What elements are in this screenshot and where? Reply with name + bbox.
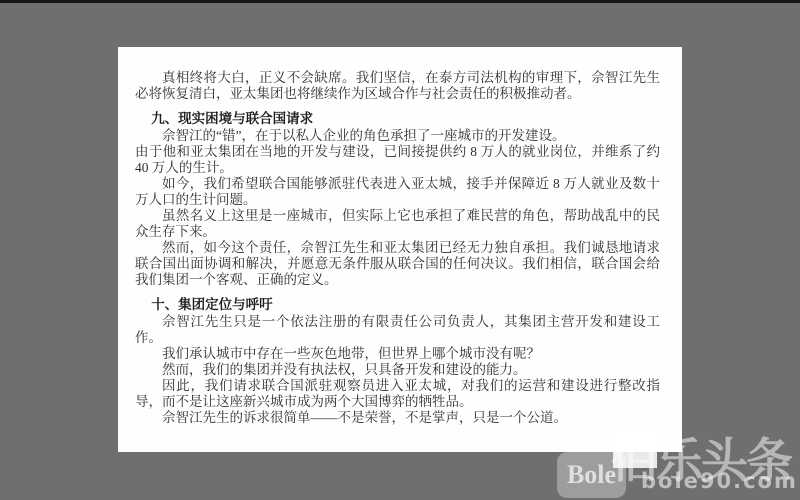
paragraph: 佘智江先生只是一个依法注册的有限责任公司负责人，其集团主营开发和建设工作。: [135, 314, 660, 346]
intro-paragraph: 真相终将大白，正义不会缺席。我们坚信，在泰方司法机构的审理下，佘智江先生必将恢复…: [135, 70, 660, 102]
section-9-heading: 九、现实困境与联合国请求: [151, 111, 660, 127]
section-10-heading: 十、集团定位与呼吁: [151, 297, 660, 313]
watermark-site-url: bole90.com: [641, 469, 798, 493]
paragraph: 因此，我们请求联合国派驻观察员进入亚太城，对我们的运营和建设进行整改指导，而不是…: [135, 378, 660, 410]
paragraph: 佘智江先生的诉求很简单——不是荣誉，不是掌声，只是一个公道。: [135, 410, 660, 426]
paragraph: 我们承认城市中存在一些灰色地带，但世界上哪个城市没有呢？: [135, 346, 660, 362]
paragraph: 虽然名义上这里是一座城市，但实际上它也承担了难民营的角色，帮助战乱中的民众生存下…: [135, 208, 660, 240]
top-edge-line: [0, 0, 800, 3]
screenshot-root: 真相终将大白，正义不会缺席。我们坚信，在泰方司法机构的审理下，佘智江先生必将恢复…: [0, 0, 800, 500]
paragraph: 然而，如今这个责任，佘智江先生和亚太集团已经无力独自承担。我们诚恳地请求联合国出…: [135, 240, 660, 288]
paragraph: 然而，我们的集团并没有执法权，只具备开发和建设的能力。: [135, 362, 660, 378]
bole-logo-badge: Bole: [557, 452, 626, 498]
paragraph: 如今，我们希望联合国能够派驻代表进入亚太城，接手并保障近 8 万人就业及数十万人…: [135, 176, 660, 208]
paragraph: 由于他和亚太集团在当地的开发与建设，已间接提供约 8 万人的就业岗位，并维系了约…: [135, 144, 660, 176]
paragraph: 佘智江的“错”，在于以私人企业的角色承担了一座城市的开发建设。: [135, 128, 660, 144]
document-page: 真相终将大白，正义不会缺席。我们坚信，在泰方司法机构的审理下，佘智江先生必将恢复…: [118, 47, 682, 452]
bole-logo-text: Bole: [567, 460, 616, 490]
